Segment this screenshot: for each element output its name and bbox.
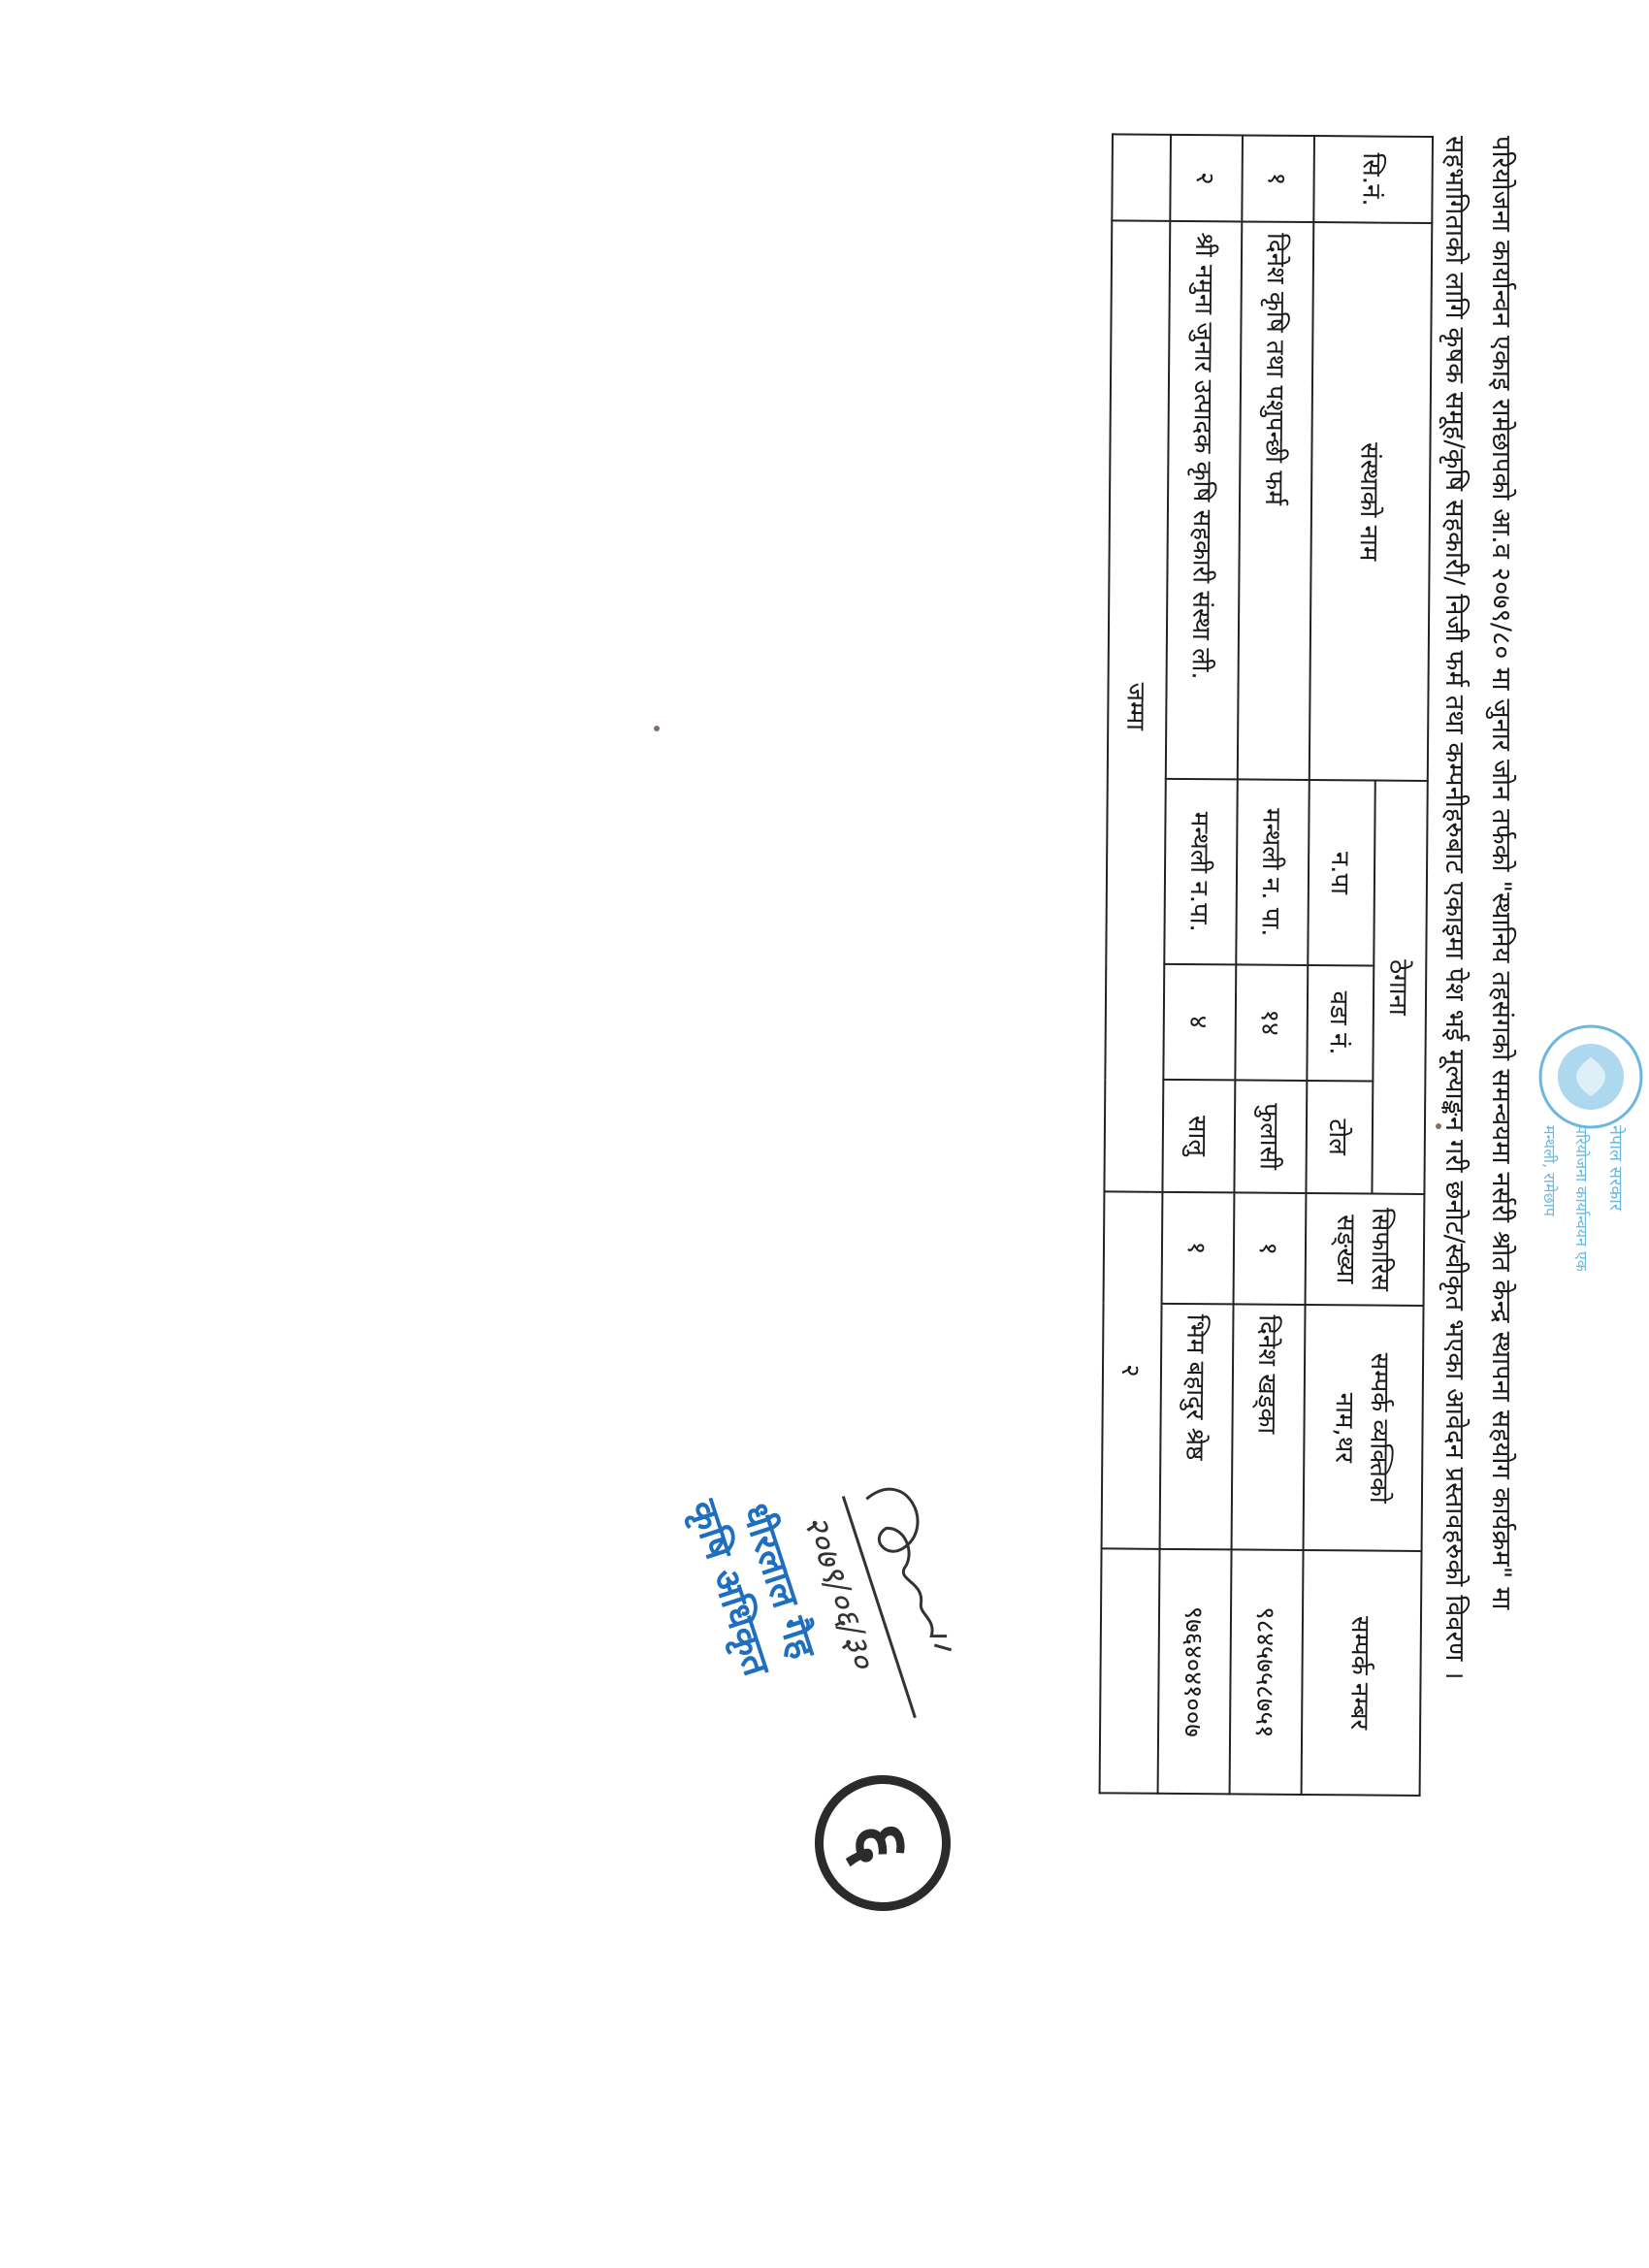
header-ward-no: वडा नं. [1307, 965, 1374, 1081]
header-contact-person: सम्पर्क व्यक्तिको नाम,थर [1304, 1305, 1424, 1552]
cell-contact-number: ९८४५७५८७५१ [1230, 1550, 1304, 1795]
cell-total-blank-end [1100, 1549, 1160, 1794]
cell-total-blank [1112, 134, 1171, 221]
cell-ward-no: १४ [1235, 965, 1308, 1081]
total-value: २ [1102, 1191, 1163, 1549]
document-page: परियोजना कार्यान्वन एकाइ रामेछापको आ.व २… [0, 0, 1649, 2268]
svg-text:मन्थली, रामेछाप: मन्थली, रामेछाप [1540, 1125, 1559, 1217]
intro-line-1: परियोजना कार्यान्वन एकाइ रामेछापको आ.व २… [1485, 136, 1521, 1610]
svg-text:नेपाल सरकार: नेपाल सरकार [1605, 1125, 1627, 1212]
svg-text:परियोजना कार्यान्वयन एकाइ: परियोजना कार्यान्वयन एकाइ [1572, 1125, 1591, 1271]
cell-municipality: मन्थली न.पा. [1164, 779, 1237, 965]
cell-recommended-count: १ [1162, 1192, 1235, 1304]
cell-org-name: दिनेश कृषि तथा पशुपन्छी फर्म [1238, 222, 1314, 780]
intro-line-2: सहभागिताको लागि कृषक समूह/कृषि सहकारी/ न… [1439, 136, 1474, 1680]
header-address: ठेगाना [1372, 781, 1427, 1194]
ink-speck [654, 726, 660, 731]
cell-sn: १ [1242, 135, 1314, 222]
total-label: जम्मा [1104, 221, 1170, 1192]
table-row: २ श्री नमुना जुनार उत्पादक कृषि सहकारी स… [1158, 135, 1243, 1795]
header-municipality: न.पा [1308, 780, 1374, 965]
ink-speck [1436, 1123, 1441, 1129]
table-row: १ दिनेश कृषि तथा पशुपन्छी फर्म मन्थली न.… [1230, 135, 1314, 1795]
selected-proposals-table: सि.नं. संस्थाको नाम ठेगाना सिफारिस सङ्ख्… [1099, 133, 1434, 1797]
cell-contact-person: भिम बहादुर श्रेष्ठ [1160, 1304, 1234, 1550]
header-org-name: संस्थाको नाम [1309, 222, 1433, 781]
header-sn: सि.नं. [1313, 136, 1433, 223]
cell-contact-person: दिनेश खड्का [1232, 1304, 1306, 1550]
cell-recommended-count: १ [1234, 1192, 1307, 1304]
cell-contact-number: ९७६४०४१००७ [1158, 1549, 1232, 1794]
header-tole: टोल [1306, 1081, 1373, 1194]
official-stamp: नेपाल सरकार परियोजना कार्यान्वयन एकाइ मन… [1513, 1019, 1649, 1271]
cell-sn: २ [1170, 135, 1243, 222]
header-contact-number: सम्पर्क नम्बर [1302, 1550, 1422, 1796]
cell-org-name: श्री नमुना जुनार उत्पादक कृषि सहकारी संस… [1166, 221, 1243, 779]
header-recommended-count: सिफारिस सङ्ख्या [1306, 1193, 1425, 1306]
cell-municipality: मन्थली न. पा. [1236, 780, 1309, 966]
cell-tole: फुलासी [1234, 1080, 1307, 1193]
stamp-emblem-icon: नेपाल सरकार परियोजना कार्यान्वयन एकाइ मन… [1513, 1019, 1649, 1271]
cell-ward-no: ४ [1163, 964, 1236, 1080]
cell-tole: सालु [1162, 1079, 1235, 1192]
